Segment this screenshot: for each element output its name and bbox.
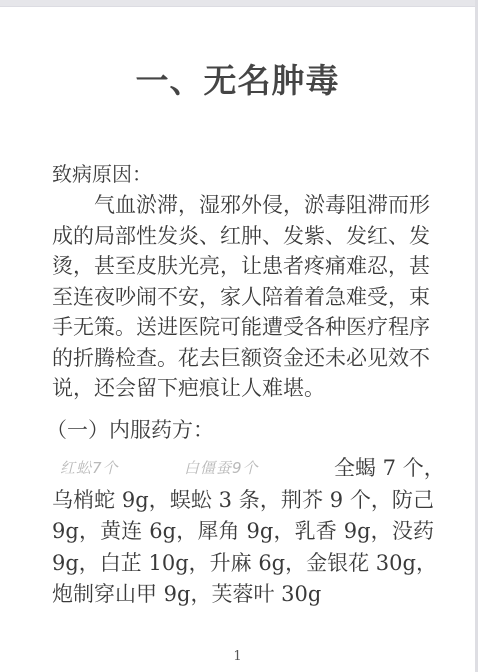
prescription-line: 9g，黄连 6g，犀角 9g，乳香 9g，没药 — [52, 516, 434, 548]
cause-heading: 致病原因： — [52, 161, 152, 187]
prescription-line: 炮制穿山甲 9g，芙蓉叶 30g — [52, 579, 434, 611]
page-title: 一、无名肿毒 — [0, 61, 475, 101]
paragraph-line: 手无策。送进医院可能遭受各种医疗程序 — [52, 312, 416, 343]
handwritten-note: 红蚣7个 — [60, 453, 119, 485]
paragraph-line: 的折腾检查。花去巨额资金还未必见效不 — [52, 343, 416, 374]
paragraph-line: 气血淤滞，湿邪外侵，淤毒阻滞而形 — [52, 190, 416, 221]
prescription-line: 9g，白芷 10g，升麻 6g，金银花 30g， — [52, 548, 434, 580]
document-page: 一、无名肿毒 致病原因： 气血淤滞，湿邪外侵，淤毒阻滞而形 成的局部性发炎、红肿… — [0, 7, 475, 672]
document-viewer: 一、无名肿毒 致病原因： 气血淤滞，湿邪外侵，淤毒阻滞而形 成的局部性发炎、红肿… — [0, 0, 478, 672]
cause-paragraph: 气血淤滞，湿邪外侵，淤毒阻滞而形 成的局部性发炎、红肿、发紫、发红、发 烫，甚至… — [52, 190, 416, 404]
paragraph-line: 至连夜吵闹不安，家人陪着着急难受，束 — [52, 282, 416, 313]
prescription-first-line: 红蚣7个 白僵蚕9个 全蝎 7 个， — [52, 453, 434, 485]
paragraph-line: 烫，甚至皮肤光亮，让患者疼痛难忍，甚 — [52, 251, 416, 282]
prescription-heading: （一）内服药方： — [46, 417, 214, 443]
page-number: 1 — [0, 649, 475, 664]
paragraph-line: 成的局部性发炎、红肿、发紫、发红、发 — [52, 221, 416, 252]
prescription-item: 全蝎 7 个， — [334, 453, 445, 485]
prescription-list: 红蚣7个 白僵蚕9个 全蝎 7 个， 乌梢蛇 9g，蜈蚣 3 条，荆芥 9 个，… — [52, 453, 434, 611]
paragraph-line: 说，还会留下疤痕让人难堪。 — [52, 373, 416, 404]
prescription-line: 乌梢蛇 9g，蜈蚣 3 条，荆芥 9 个，防己 — [52, 485, 434, 517]
viewer-top-bar — [0, 0, 478, 7]
handwritten-note: 白僵蚕9个 — [184, 453, 259, 485]
